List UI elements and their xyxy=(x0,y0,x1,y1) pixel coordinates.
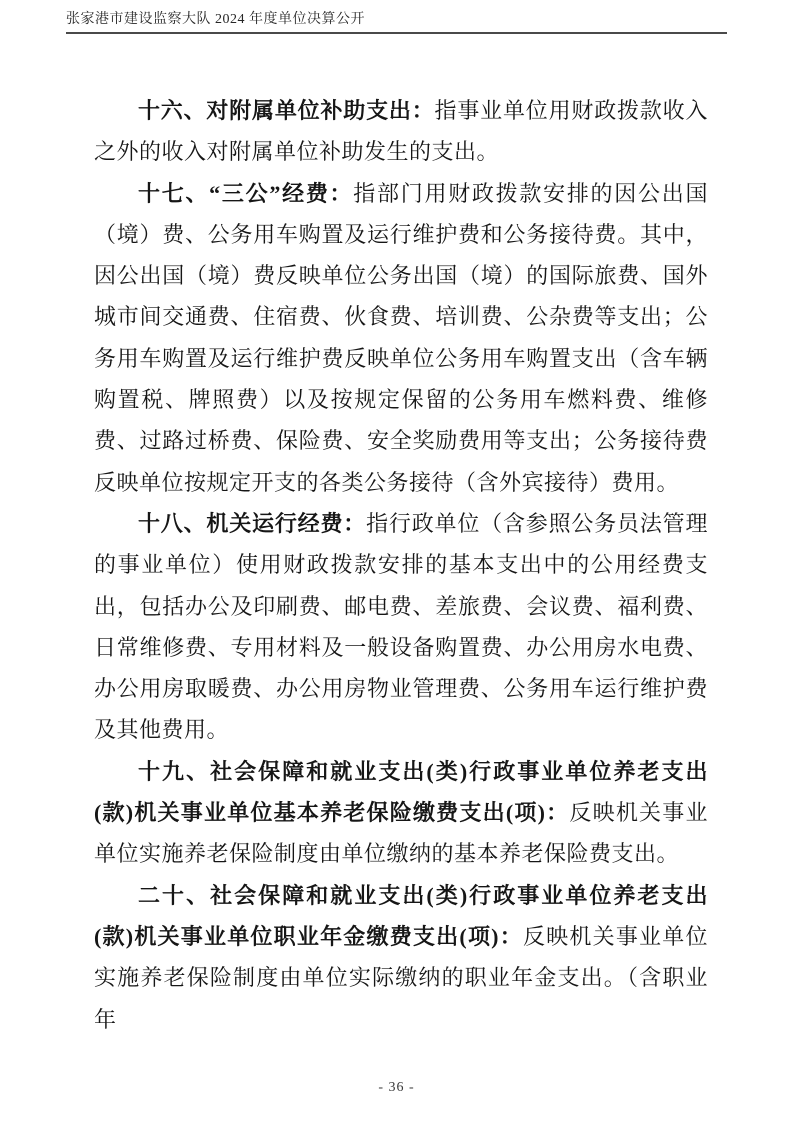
paragraph-20: 二十、社会保障和就业支出(类)行政事业单位养老支出(款)机关事业单位职业年金缴费… xyxy=(94,875,708,1040)
paragraph-17-text: 指部门用财政拨款安排的因公出国（境）费、公务用车购置及运行维护费和公务接待费。其… xyxy=(94,181,708,495)
paragraph-18-text: 指行政单位（含参照公务员法管理的事业单位）使用财政拨款安排的基本支出中的公用经费… xyxy=(94,511,708,742)
document-page: 张家港市建设监察大队 2024 年度单位决算公开 十六、对附属单位补助支出：指事… xyxy=(0,0,793,1122)
paragraph-17: 十七、“三公”经费：指部门用财政拨款安排的因公出国（境）费、公务用车购置及运行维… xyxy=(94,173,708,503)
paragraph-16-heading: 十六、对附属单位补助支出： xyxy=(138,98,435,123)
paragraph-18-heading: 十八、机关运行经费： xyxy=(138,511,366,536)
page-number: - 36 - xyxy=(378,1080,414,1095)
paragraph-19: 十九、社会保障和就业支出(类)行政事业单位养老支出(款)机关事业单位基本养老保险… xyxy=(94,751,708,875)
paragraph-17-heading: 十七、“三公”经费： xyxy=(138,181,353,206)
document-body: 十六、对附属单位补助支出：指事业单位用财政拨款收入之外的收入对附属单位补助发生的… xyxy=(94,90,708,1040)
paragraph-18: 十八、机关运行经费：指行政单位（含参照公务员法管理的事业单位）使用财政拨款安排的… xyxy=(94,503,708,751)
header-title: 张家港市建设监察大队 2024 年度单位决算公开 xyxy=(66,12,727,28)
page-footer: - 36 - xyxy=(0,1078,793,1096)
page-header: 张家港市建设监察大队 2024 年度单位决算公开 xyxy=(66,12,727,34)
paragraph-16: 十六、对附属单位补助支出：指事业单位用财政拨款收入之外的收入对附属单位补助发生的… xyxy=(94,90,708,173)
